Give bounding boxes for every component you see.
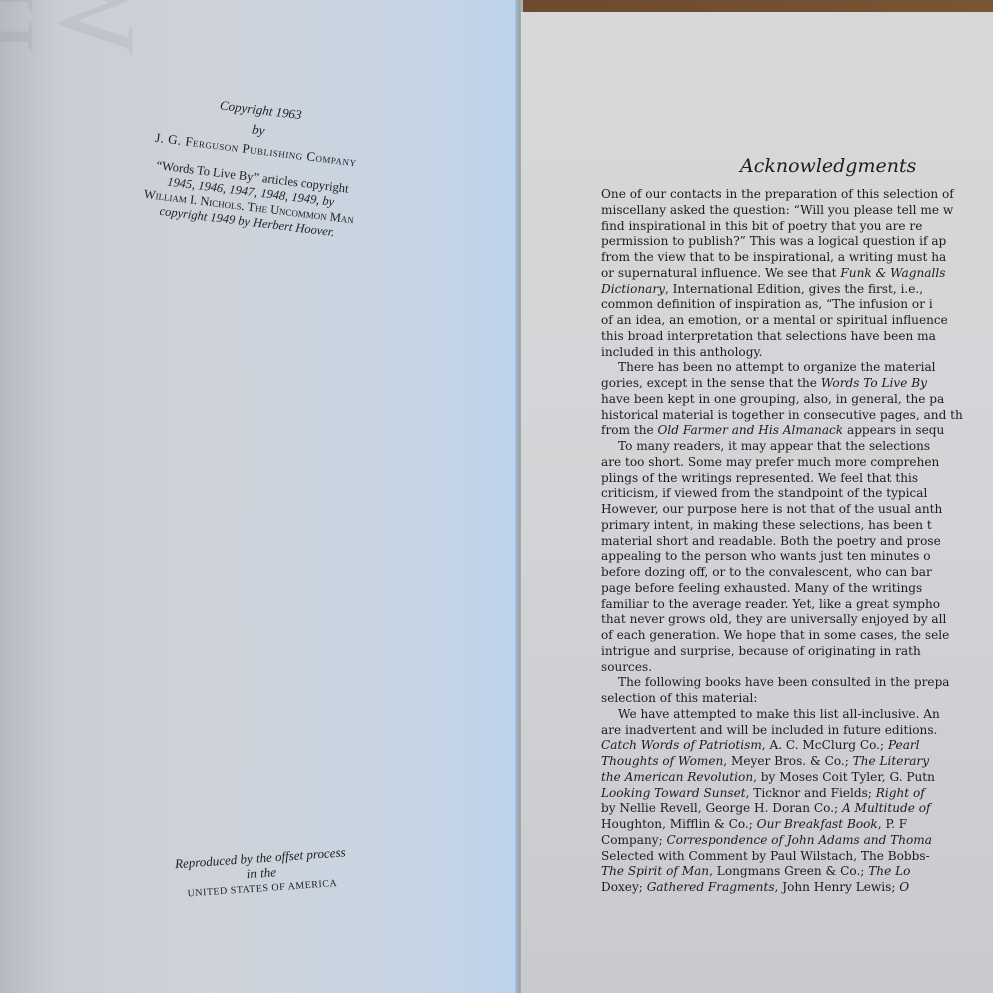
text-line: included in this anthology. <box>601 345 993 361</box>
text-line: by Nellie Revell, George H. Doran Co.; A… <box>601 801 993 817</box>
show-through-title: INSPIRATION <box>0 0 60 55</box>
text-line: Looking Toward Sunset, Ticknor and Field… <box>601 786 993 802</box>
text-line: plings of the writings represented. We f… <box>601 471 993 487</box>
text-line: Doxey; Gathered Fragments, John Henry Le… <box>601 880 993 896</box>
text-line: familiar to the average reader. Yet, lik… <box>601 597 993 613</box>
text-line: from the view that to be inspirational, … <box>601 250 993 266</box>
acknowledgments-body: One of our contacts in the preparation o… <box>601 187 993 896</box>
text-line: Houghton, Mifflin & Co.; Our Breakfast B… <box>601 817 993 833</box>
text-line: There has been no attempt to organize th… <box>601 360 993 376</box>
printing-colophon: Reproduced by the offset process in the … <box>150 843 373 906</box>
text-line: of an idea, an emotion, or a mental or s… <box>601 313 993 329</box>
text-line: selection of this material: <box>601 691 993 707</box>
text-line: permission to publish?” This was a logic… <box>601 234 993 250</box>
text-line: Catch Words of Patriotism, A. C. McClurg… <box>601 738 993 754</box>
text-line: the American Revolution, by Moses Coit T… <box>601 770 993 786</box>
copyright-notice: Copyright 1963 by J. G. Ferguson Publish… <box>112 84 396 246</box>
page-shadow <box>0 0 60 993</box>
text-line: However, our purpose here is not that of… <box>601 502 993 518</box>
text-line: We have attempted to make this list all-… <box>601 707 993 723</box>
text-line: Thoughts of Women, Meyer Bros. & Co.; Th… <box>601 754 993 770</box>
text-line: are too short. Some may prefer much more… <box>601 455 993 471</box>
left-page: WORDS OF INSPIRATION Copyright 1963 by J… <box>0 0 517 993</box>
text-line: Company; Correspondence of John Adams an… <box>601 833 993 849</box>
text-line: have been kept in one grouping, also, in… <box>601 392 993 408</box>
text-line: intrigue and surprise, because of origin… <box>601 644 993 660</box>
text-line: of each generation. We hope that in some… <box>601 628 993 644</box>
text-line: Selected with Comment by Paul Wilstach, … <box>601 849 993 865</box>
text-line: common definition of inspiration as, “Th… <box>601 297 993 313</box>
text-line: before dozing off, or to the convalescen… <box>601 565 993 581</box>
text-line: The Spirit of Man, Longmans Green & Co.;… <box>601 864 993 880</box>
text-line: appealing to the person who wants just t… <box>601 549 993 565</box>
page-title: Acknowledgments <box>740 155 916 177</box>
text-line: this broad interpretation that selection… <box>601 329 993 345</box>
text-line: from the Old Farmer and His Almanack app… <box>601 423 993 439</box>
text-line: criticism, if viewed from the standpoint… <box>601 486 993 502</box>
text-line: miscellany asked the question: “Will you… <box>601 203 993 219</box>
text-line: material short and readable. Both the po… <box>601 534 993 550</box>
text-line: The following books have been consulted … <box>601 675 993 691</box>
text-line: are inadvertent and will be included in … <box>601 723 993 739</box>
text-line: page before feeling exhausted. Many of t… <box>601 581 993 597</box>
text-line: To many readers, it may appear that the … <box>601 439 993 455</box>
text-line: gories, except in the sense that the Wor… <box>601 376 993 392</box>
text-line: or supernatural influence. We see that F… <box>601 266 993 282</box>
text-line: historical material is together in conse… <box>601 408 993 424</box>
text-line: primary intent, in making these selectio… <box>601 518 993 534</box>
text-line: One of our contacts in the preparation o… <box>601 187 993 203</box>
text-line: find inspirational in this bit of poetry… <box>601 219 993 235</box>
text-line: Dictionary, International Edition, gives… <box>601 282 993 298</box>
text-line: that never grows old, they are universal… <box>601 612 993 628</box>
text-line: sources. <box>601 660 993 676</box>
